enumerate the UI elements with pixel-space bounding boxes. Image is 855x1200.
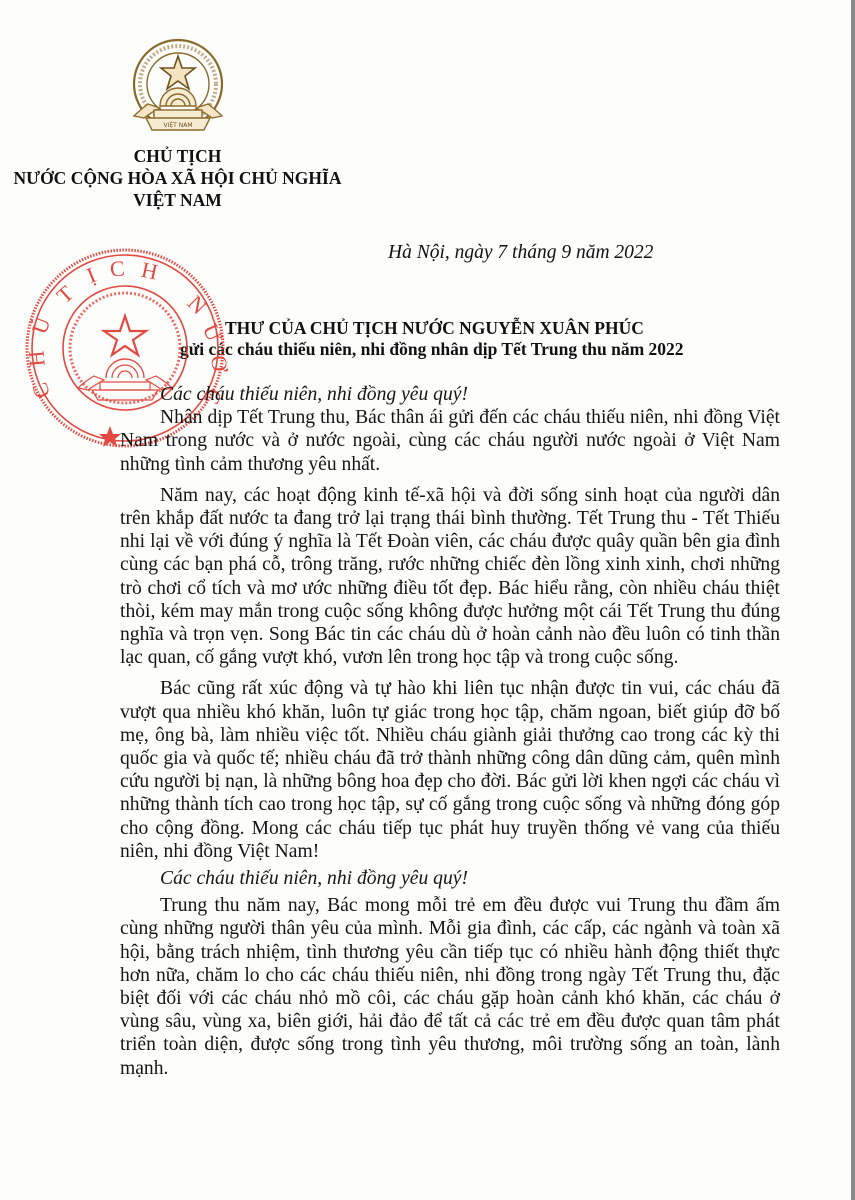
scan-edge	[851, 0, 855, 1200]
place-date: Hà Nội, ngày 7 tháng 9 năm 2022	[388, 242, 653, 264]
letter-body: Các cháu thiếu niên, nhi đồng yêu quý! N…	[120, 383, 780, 1080]
paragraph-4: Trung thu năm nay, Bác mong mỗi trẻ em đ…	[120, 894, 780, 1080]
svg-text:C: C	[27, 379, 56, 401]
issuer-line-2: NƯỚC CỘNG HÒA XÃ HỘI CHỦ NGHĨA	[0, 167, 355, 189]
letter-subtitle: gửi các cháu thiếu niên, nhi đồng nhân d…	[180, 339, 684, 360]
paragraph-2: Năm nay, các hoạt động kinh tế-xã hội và…	[120, 484, 780, 670]
issuer-line-3: VIỆT NAM	[0, 189, 355, 211]
letter-title: THƯ CỦA CHỦ TỊCH NƯỚC NGUYỄN XUÂN PHÚC	[225, 318, 644, 339]
issuer-line-1: CHỦ TỊCH	[0, 145, 355, 167]
national-emblem-icon: VIỆT NAM	[124, 34, 232, 142]
issuer-block: CHỦ TỊCH NƯỚC CỘNG HÒA XÃ HỘI CHỦ NGHĨA …	[0, 145, 355, 211]
svg-text:Ủ: Ủ	[26, 314, 55, 338]
paragraph-3: Bác cũng rất xúc động và tự hào khi liên…	[120, 677, 780, 863]
emblem-ribbon-text: VIỆT NAM	[163, 121, 192, 129]
paragraph-1: Nhân dịp Tết Trung thu, Bác thân ái gửi …	[120, 406, 780, 476]
svg-text:Ớ: Ớ	[206, 354, 228, 373]
salutation-2: Các cháu thiếu niên, nhi đồng yêu quý!	[120, 867, 780, 890]
svg-text:T: T	[52, 280, 79, 308]
letter-page: VIỆT NAM CHỦ TỊCH NƯỚC CỘNG HÒA XÃ HỘI C…	[0, 0, 855, 1200]
svg-text:Ị: Ị	[83, 262, 99, 288]
salutation-1: Các cháu thiếu niên, nhi đồng yêu quý!	[120, 383, 780, 406]
svg-text:C: C	[109, 255, 126, 281]
svg-text:H: H	[23, 350, 49, 368]
svg-text:H: H	[139, 257, 160, 285]
